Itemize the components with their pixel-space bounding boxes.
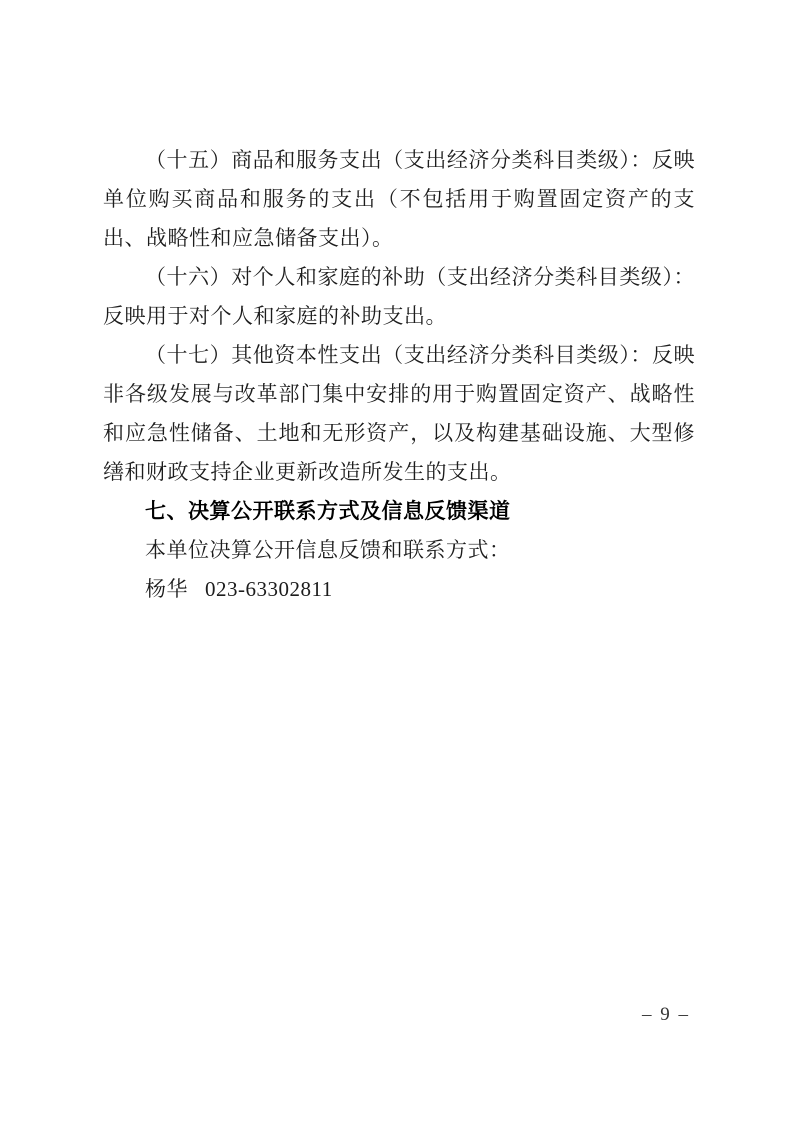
document-page: （十五）商品和服务支出（支出经济分类科目类级）：反映单位购买商品和服务的支出（不… xyxy=(0,0,793,1122)
paragraph-item-15: （十五）商品和服务支出（支出经济分类科目类级）：反映单位购买商品和服务的支出（不… xyxy=(103,141,695,258)
page-number: – 9 – xyxy=(642,1003,690,1027)
contact-phone: 023-63302811 xyxy=(205,577,333,601)
document-body: （十五）商品和服务支出（支出经济分类科目类级）：反映单位购买商品和服务的支出（不… xyxy=(103,141,695,609)
paragraph-item-17: （十七）其他资本性支出（支出经济分类科目类级）：反映非各级发展与改革部门集中安排… xyxy=(103,336,695,492)
contact-line: 杨华023-63302811 xyxy=(103,570,695,609)
contact-name: 杨华 xyxy=(145,577,188,601)
paragraph-item-16: （十六）对个人和家庭的补助（支出经济分类科目类级）：反映用于对个人和家庭的补助支… xyxy=(103,258,695,336)
contact-intro: 本单位决算公开信息反馈和联系方式： xyxy=(103,531,695,570)
section-heading: 七、决算公开联系方式及信息反馈渠道 xyxy=(103,492,695,531)
